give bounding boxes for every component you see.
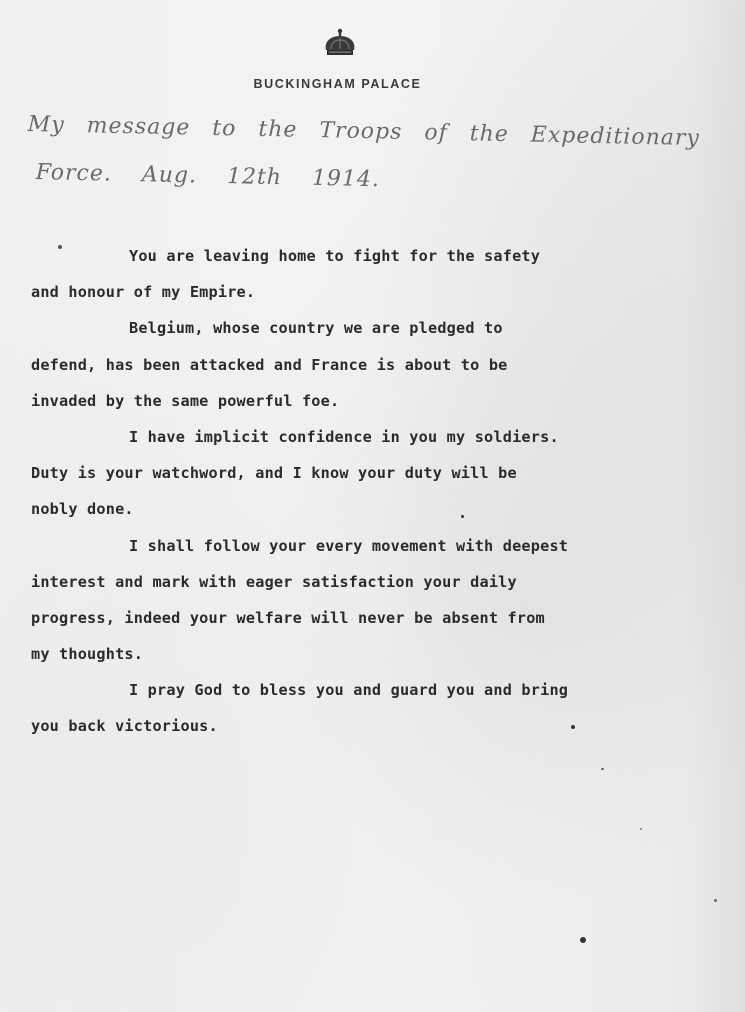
ink-speck: [580, 937, 586, 943]
handwritten-note-line-1: My message to the Troops of the Expediti…: [27, 112, 700, 151]
ink-speck: [714, 899, 717, 902]
message-line: you back victorious.: [31, 708, 691, 744]
message-line: I pray God to bless you and guard you an…: [31, 672, 691, 708]
crown-icon: [322, 28, 358, 60]
message-line: I shall follow your every movement with …: [31, 528, 691, 564]
message-line: You are leaving home to fight for the sa…: [31, 238, 691, 274]
ink-speck: [461, 515, 464, 518]
message-line: progress, indeed your welfare will never…: [31, 600, 691, 636]
letter-page: BUCKINGHAM PALACE My message to the Troo…: [0, 0, 745, 1012]
message-line: Belgium, whose country we are pledged to: [31, 310, 691, 346]
ink-speck: [571, 725, 575, 729]
message-line: interest and mark with eager satisfactio…: [31, 564, 691, 600]
message-line: my thoughts.: [31, 636, 691, 672]
message-line: I have implicit confidence in you my sol…: [31, 419, 691, 455]
letterhead-title: BUCKINGHAM PALACE: [0, 77, 675, 91]
ink-speck: [601, 768, 604, 770]
handwritten-note-line-2: Force. Aug. 12th 1914.: [35, 160, 380, 192]
message-body: You are leaving home to fight for the sa…: [31, 238, 691, 745]
message-line: Duty is your watchword, and I know your …: [31, 455, 691, 491]
message-line: defend, has been attacked and France is …: [31, 347, 691, 383]
message-line: invaded by the same powerful foe.: [31, 383, 691, 419]
message-line: and honour of my Empire.: [31, 274, 691, 310]
message-line: nobly done.: [31, 491, 691, 527]
ink-speck: [640, 828, 642, 830]
